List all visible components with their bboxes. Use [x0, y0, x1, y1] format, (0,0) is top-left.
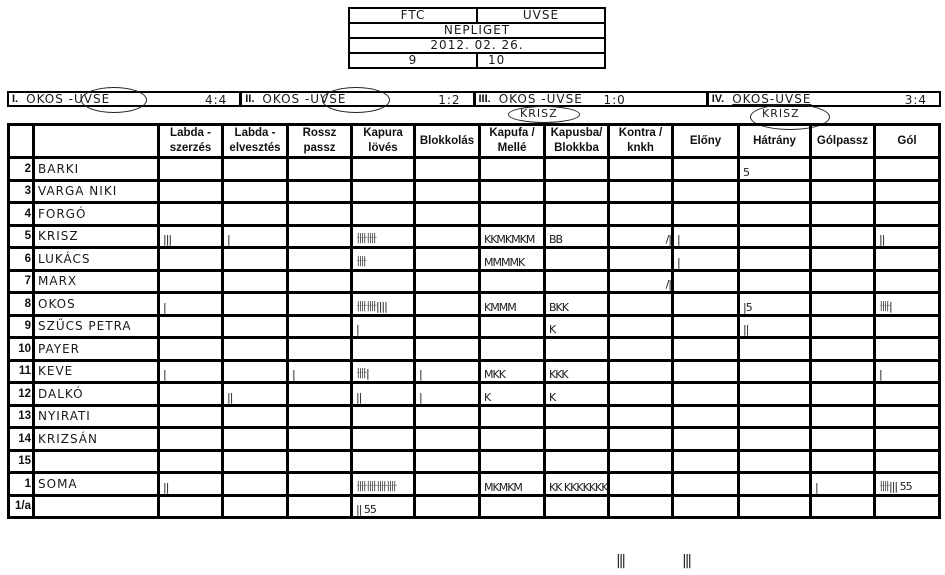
player-number: 10 [9, 338, 34, 361]
home-score: 9 [349, 53, 477, 68]
player-row: 9SZŰCS PETRA|K|| [9, 315, 940, 338]
stat-cell-gol [875, 495, 940, 518]
stat-cell-rossz-passz [288, 405, 352, 428]
stat-cell-kapusba-blokkba [545, 450, 609, 473]
match-date: 2012. 02. 26. [349, 38, 605, 53]
column-header-kapusba-blokkba: Kapusba/ Blokkba [545, 125, 609, 158]
stat-cell-rossz-passz [288, 158, 352, 181]
stat-cell-gol [875, 158, 940, 181]
stat-cell-kapufa-melle [480, 315, 545, 338]
stat-cell-hatrany [739, 450, 811, 473]
stat-cell-gol [875, 338, 940, 361]
stat-cell-hatrany [739, 225, 811, 248]
stat-cell-labda-szerzes: | [159, 293, 223, 316]
player-name: SOMA [34, 473, 159, 496]
stat-cell-rossz-passz [288, 270, 352, 293]
player-row: 2BARKI5 [9, 158, 940, 181]
stat-cell-rossz-passz: | [288, 360, 352, 383]
player-row: 1/a|| 55 [9, 495, 940, 518]
player-number: 13 [9, 405, 34, 428]
column-header-blokkolas: Blokkolás [415, 125, 480, 158]
stat-cell-labda-szerzes [159, 495, 223, 518]
stat-cell-golpassz [811, 315, 875, 338]
player-number: 1/a [9, 495, 34, 518]
stat-cell-labda-elvesztes: | [223, 225, 288, 248]
stat-cell-kapura-loves: || 55 [352, 495, 415, 518]
player-number: 11 [9, 360, 34, 383]
away-team: UVSE [477, 8, 605, 23]
stat-cell-labda-szerzes [159, 158, 223, 181]
stat-cell-kapufa-melle [480, 158, 545, 181]
stat-cell-hatrany [739, 405, 811, 428]
stat-cell-hatrany [739, 180, 811, 203]
stat-cell-labda-szerzes [159, 405, 223, 428]
stat-cell-kontra-knkh [609, 405, 673, 428]
stat-cell-kapusba-blokkba [545, 405, 609, 428]
period-score: 4:4 [205, 93, 227, 107]
stat-cell-kapura-loves: 卌 [352, 248, 415, 271]
stat-cell-gol: 卌||| 55 [875, 473, 940, 496]
stat-cell-hatrany: || [739, 315, 811, 338]
stat-cell-labda-elvesztes [223, 248, 288, 271]
period-score: 1:2 [438, 93, 460, 107]
stat-cell-rossz-passz [288, 338, 352, 361]
stat-cell-labda-szerzes [159, 383, 223, 406]
stat-cell-hatrany: |5 [739, 293, 811, 316]
player-name: PAYER [34, 338, 159, 361]
player-number: 2 [9, 158, 34, 181]
stat-cell-blokkolas [415, 450, 480, 473]
period-score: 3:4 [905, 93, 927, 107]
stat-cell-kapura-loves: 卌| [352, 360, 415, 383]
stat-cell-elony [673, 495, 739, 518]
stat-cell-kapufa-melle: K [480, 383, 545, 406]
stat-cell-labda-elvesztes [223, 158, 288, 181]
stat-cell-gol [875, 450, 940, 473]
stat-cell-elony [673, 293, 739, 316]
stat-cell-golpassz [811, 495, 875, 518]
stat-cell-rossz-passz [288, 473, 352, 496]
player-row: 14KRIZSÁN [9, 428, 940, 451]
stat-cell-rossz-passz [288, 180, 352, 203]
stat-cell-kontra-knkh [609, 203, 673, 226]
player-name: KRIZSÁN [34, 428, 159, 451]
player-number: 6 [9, 248, 34, 271]
stat-cell-hatrany [739, 248, 811, 271]
stat-cell-labda-elvesztes [223, 180, 288, 203]
stat-cell-kapufa-melle [480, 495, 545, 518]
stat-cell-kapura-loves: 卌卌卌卌 [352, 473, 415, 496]
stat-cell-kapusba-blokkba: KK KKKKKKKK [545, 473, 609, 496]
period-4: IV. OKOS-UVSE 3:4 [709, 93, 939, 105]
stat-cell-blokkolas [415, 293, 480, 316]
stat-cell-golpassz [811, 180, 875, 203]
player-number: 3 [9, 180, 34, 203]
stat-cell-labda-szerzes [159, 180, 223, 203]
player-stats-table: Labda - szerzésLabda - elvesztésRossz pa… [7, 123, 941, 519]
stat-cell-hatrany [739, 203, 811, 226]
home-team: FTC [349, 8, 477, 23]
period-1: I. OKOS -UVSE 4:4 [9, 93, 242, 105]
stat-cell-kapusba-blokkba [545, 338, 609, 361]
player-name: SZŰCS PETRA [34, 315, 159, 338]
stat-cell-hatrany [739, 383, 811, 406]
stat-cell-labda-szerzes [159, 248, 223, 271]
circle-mark [81, 87, 147, 113]
stat-cell-labda-szerzes [159, 315, 223, 338]
circle-mark [322, 87, 390, 113]
stat-cell-kapura-loves [352, 203, 415, 226]
player-row: 1SOMA||卌卌卌卌MKMKMKK KKKKKKKK|卌||| 55 [9, 473, 940, 496]
period-numeral: II. [245, 93, 254, 105]
stat-cell-golpassz [811, 225, 875, 248]
stat-cell-kapufa-melle [480, 270, 545, 293]
stat-cell-gol: || [875, 225, 940, 248]
stat-cell-golpassz [811, 450, 875, 473]
stat-cell-elony [673, 360, 739, 383]
stat-cell-kapusba-blokkba: K [545, 315, 609, 338]
player-name: LUKÁCS [34, 248, 159, 271]
player-name [34, 495, 159, 518]
stat-cell-hatrany [739, 270, 811, 293]
player-number: 9 [9, 315, 34, 338]
stat-cell-rossz-passz [288, 293, 352, 316]
player-name: NYIRATI [34, 405, 159, 428]
period-teams: OKOS -UVSE [499, 92, 583, 106]
stat-cell-kontra-knkh [609, 248, 673, 271]
stat-cell-kapusba-blokkba [545, 248, 609, 271]
stat-cell-golpassz [811, 405, 875, 428]
stat-cell-kontra-knkh [609, 360, 673, 383]
player-row: 11KEVE||卌||MKKKKK| [9, 360, 940, 383]
stat-cell-kontra-knkh [609, 158, 673, 181]
stat-cell-labda-elvesztes [223, 315, 288, 338]
player-row: 5KRISZ||||卌卌KKMKMKMBB/|||| [9, 225, 940, 248]
stat-cell-kontra-knkh [609, 450, 673, 473]
stat-cell-labda-szerzes: ||| [159, 225, 223, 248]
stat-cell-kapufa-melle: MKMKM [480, 473, 545, 496]
stat-cell-rossz-passz [288, 383, 352, 406]
player-number: 14 [9, 428, 34, 451]
player-number: 5 [9, 225, 34, 248]
stat-cell-hatrany [739, 495, 811, 518]
stat-cell-blokkolas [415, 203, 480, 226]
stat-cell-labda-elvesztes [223, 450, 288, 473]
column-header-number [9, 125, 34, 158]
stat-cell-kapusba-blokkba [545, 428, 609, 451]
stat-cell-elony: | [673, 248, 739, 271]
stat-cell-rossz-passz [288, 450, 352, 473]
player-row: 3VARGA NIKI [9, 180, 940, 203]
column-header-name [34, 125, 159, 158]
stat-cell-gol [875, 203, 940, 226]
stat-cell-rossz-passz [288, 495, 352, 518]
stat-cell-labda-elvesztes [223, 203, 288, 226]
stat-cell-kapufa-melle: MKK [480, 360, 545, 383]
stat-cell-blokkolas [415, 315, 480, 338]
stat-cell-kapusba-blokkba [545, 495, 609, 518]
stat-cell-kontra-knkh [609, 428, 673, 451]
period-3: III. OKOS -UVSE 1:0 [476, 93, 709, 105]
stat-cell-gol [875, 270, 940, 293]
stat-cell-gol [875, 315, 940, 338]
stat-cell-golpassz [811, 203, 875, 226]
stat-cell-kapusba-blokkba [545, 180, 609, 203]
stat-cell-labda-szerzes [159, 338, 223, 361]
stat-cell-kapura-loves: || [352, 383, 415, 406]
stat-cell-golpassz [811, 293, 875, 316]
stat-cell-rossz-passz [288, 225, 352, 248]
player-row: 10PAYER [9, 338, 940, 361]
stat-cell-kapura-loves [352, 158, 415, 181]
venue: NEPLIGET [349, 23, 605, 38]
period-score: 1:0 [603, 93, 625, 107]
stat-cell-labda-elvesztes [223, 495, 288, 518]
stat-cell-kapura-loves: 卌卌 [352, 225, 415, 248]
stat-cell-labda-elvesztes [223, 428, 288, 451]
stat-cell-kapusba-blokkba [545, 203, 609, 226]
stat-cell-labda-szerzes [159, 203, 223, 226]
player-row: 15 [9, 450, 940, 473]
stat-cell-blokkolas [415, 270, 480, 293]
stat-cell-blokkolas [415, 405, 480, 428]
stat-cell-golpassz [811, 428, 875, 451]
player-number: 15 [9, 450, 34, 473]
stat-cell-kontra-knkh [609, 338, 673, 361]
stat-cell-kontra-knkh [609, 180, 673, 203]
stat-cell-kapufa-melle [480, 180, 545, 203]
player-name: KRISZ [34, 225, 159, 248]
stat-cell-kapura-loves [352, 405, 415, 428]
stat-cell-kontra-knkh [609, 293, 673, 316]
away-score: 10 [477, 53, 605, 68]
player-row: 13NYIRATI [9, 405, 940, 428]
stat-cell-elony [673, 158, 739, 181]
stat-cell-labda-szerzes: | [159, 360, 223, 383]
stat-cell-labda-szerzes [159, 450, 223, 473]
column-header-gol: Gól [875, 125, 940, 158]
period-numeral: IV. [712, 93, 724, 105]
stat-cell-kapura-loves [352, 428, 415, 451]
stat-cell-elony [673, 473, 739, 496]
stat-cell-kapufa-melle: KMMM [480, 293, 545, 316]
stat-cell-hatrany: 5 [739, 158, 811, 181]
player-number: 7 [9, 270, 34, 293]
column-header-kapufa-melle: Kapufa / Mellé [480, 125, 545, 158]
stat-cell-labda-elvesztes [223, 270, 288, 293]
player-number: 1 [9, 473, 34, 496]
stat-cell-blokkolas [415, 158, 480, 181]
stat-cell-golpassz [811, 338, 875, 361]
player-row: 6LUKÁCS卌MMMMK| [9, 248, 940, 271]
stat-cell-kontra-knkh [609, 473, 673, 496]
stat-cell-hatrany [739, 473, 811, 496]
header-row: Labda - szerzésLabda - elvesztésRossz pa… [9, 125, 940, 158]
column-header-rossz-passz: Rossz passz [288, 125, 352, 158]
player-name: BARKI [34, 158, 159, 181]
stat-cell-golpassz [811, 158, 875, 181]
column-header-labda-elvesztes: Labda - elvesztés [223, 125, 288, 158]
player-row: 12DALKÓ|||||KK [9, 383, 940, 406]
stat-cell-kontra-knkh: /| [609, 270, 673, 293]
stat-cell-kapusba-blokkba: K [545, 383, 609, 406]
column-header-golpassz: Gólpassz [811, 125, 875, 158]
stat-cell-blokkolas [415, 473, 480, 496]
stat-cell-elony: | [673, 225, 739, 248]
stat-cell-golpassz [811, 248, 875, 271]
period-numeral: I. [12, 93, 18, 105]
stat-cell-kapufa-melle [480, 450, 545, 473]
stat-cell-labda-elvesztes [223, 338, 288, 361]
player-name: KEVE [34, 360, 159, 383]
stat-cell-kapusba-blokkba [545, 270, 609, 293]
stat-cell-kapufa-melle: KKMKMKM [480, 225, 545, 248]
stat-cell-blokkolas [415, 225, 480, 248]
stat-cell-kapura-loves [352, 180, 415, 203]
stat-cell-rossz-passz [288, 248, 352, 271]
player-row: 8OKOS|卌卌||||KMMMBKK|5卌| [9, 293, 940, 316]
player-name: DALKÓ [34, 383, 159, 406]
player-row: 7MARX/| [9, 270, 940, 293]
stat-cell-blokkolas [415, 180, 480, 203]
stat-cell-gol: 卌| [875, 293, 940, 316]
player-number: 8 [9, 293, 34, 316]
stat-cell-gol [875, 405, 940, 428]
stat-cell-kapura-loves [352, 450, 415, 473]
stat-cell-elony [673, 338, 739, 361]
stat-cell-blokkolas [415, 248, 480, 271]
stat-cell-gol [875, 428, 940, 451]
stat-cell-hatrany [739, 338, 811, 361]
stat-cell-elony [673, 315, 739, 338]
stat-cell-blokkolas [415, 495, 480, 518]
stat-cell-kapufa-melle [480, 203, 545, 226]
stat-cell-kapura-loves [352, 270, 415, 293]
stat-cell-kapufa-melle [480, 338, 545, 361]
kontra-extra-tally: ||| [616, 553, 624, 569]
stat-cell-labda-szerzes [159, 270, 223, 293]
stat-cell-blokkolas [415, 338, 480, 361]
player-name: OKOS [34, 293, 159, 316]
stat-cell-golpassz [811, 270, 875, 293]
stat-cell-gol [875, 383, 940, 406]
stat-cell-kapura-loves: | [352, 315, 415, 338]
stat-cell-kapufa-melle [480, 428, 545, 451]
match-info-box: FTC UVSE NEPLIGET 2012. 02. 26. 9 10 [348, 7, 606, 69]
stat-cell-blokkolas: | [415, 383, 480, 406]
stat-cell-gol [875, 248, 940, 271]
stat-cell-labda-szerzes: || [159, 473, 223, 496]
stat-cell-golpassz [811, 383, 875, 406]
column-header-hatrany: Hátrány [739, 125, 811, 158]
stat-cell-kapusba-blokkba: KKK [545, 360, 609, 383]
stat-cell-labda-elvesztes [223, 473, 288, 496]
stat-cell-golpassz [811, 360, 875, 383]
stat-cell-labda-elvesztes [223, 405, 288, 428]
player-name: VARGA NIKI [34, 180, 159, 203]
stat-cell-gol [875, 180, 940, 203]
player-name: MARX [34, 270, 159, 293]
elony-extra-tally: ||| [682, 553, 690, 569]
stat-cell-elony [673, 270, 739, 293]
stat-cell-gol: | [875, 360, 940, 383]
stat-cell-kontra-knkh [609, 315, 673, 338]
stat-cell-kapusba-blokkba: BKK [545, 293, 609, 316]
period-2: II. OKOS -UVSE 1:2 [242, 93, 475, 105]
stat-cell-elony [673, 383, 739, 406]
player-name: FORGÓ [34, 203, 159, 226]
stat-cell-blokkolas [415, 428, 480, 451]
stat-cell-kontra-knkh [609, 383, 673, 406]
stat-cell-hatrany [739, 428, 811, 451]
stat-cell-kapufa-melle: MMMMK [480, 248, 545, 271]
stat-cell-kontra-knkh: /| [609, 225, 673, 248]
stat-cell-kontra-knkh [609, 495, 673, 518]
player-row: 4FORGÓ [9, 203, 940, 226]
stat-cell-rossz-passz [288, 203, 352, 226]
stat-cell-elony [673, 203, 739, 226]
stat-cell-kapusba-blokkba: BB [545, 225, 609, 248]
period-numeral: III. [479, 93, 491, 105]
stat-cell-golpassz: | [811, 473, 875, 496]
stat-cell-blokkolas: | [415, 360, 480, 383]
stat-cell-labda-szerzes [159, 428, 223, 451]
player-number: 4 [9, 203, 34, 226]
column-header-elony: Előny [673, 125, 739, 158]
stat-cell-kapufa-melle [480, 405, 545, 428]
column-header-labda-szerzes: Labda - szerzés [159, 125, 223, 158]
stat-cell-labda-elvesztes: || [223, 383, 288, 406]
stat-cell-elony [673, 180, 739, 203]
player-name [34, 450, 159, 473]
stat-cell-kapura-loves [352, 338, 415, 361]
circle-mark [508, 106, 580, 123]
stat-cell-labda-elvesztes [223, 293, 288, 316]
column-header-kontra-knkh: Kontra / knkh [609, 125, 673, 158]
stat-cell-kapusba-blokkba [545, 158, 609, 181]
stat-cell-hatrany [739, 360, 811, 383]
stat-cell-rossz-passz [288, 428, 352, 451]
stat-cell-kapura-loves: 卌卌|||| [352, 293, 415, 316]
stat-cell-labda-elvesztes [223, 360, 288, 383]
column-header-kapura-loves: Kapura lövés [352, 125, 415, 158]
player-number: 12 [9, 383, 34, 406]
stat-cell-elony [673, 405, 739, 428]
stat-cell-elony [673, 450, 739, 473]
stat-cell-elony [673, 428, 739, 451]
stat-cell-rossz-passz [288, 315, 352, 338]
